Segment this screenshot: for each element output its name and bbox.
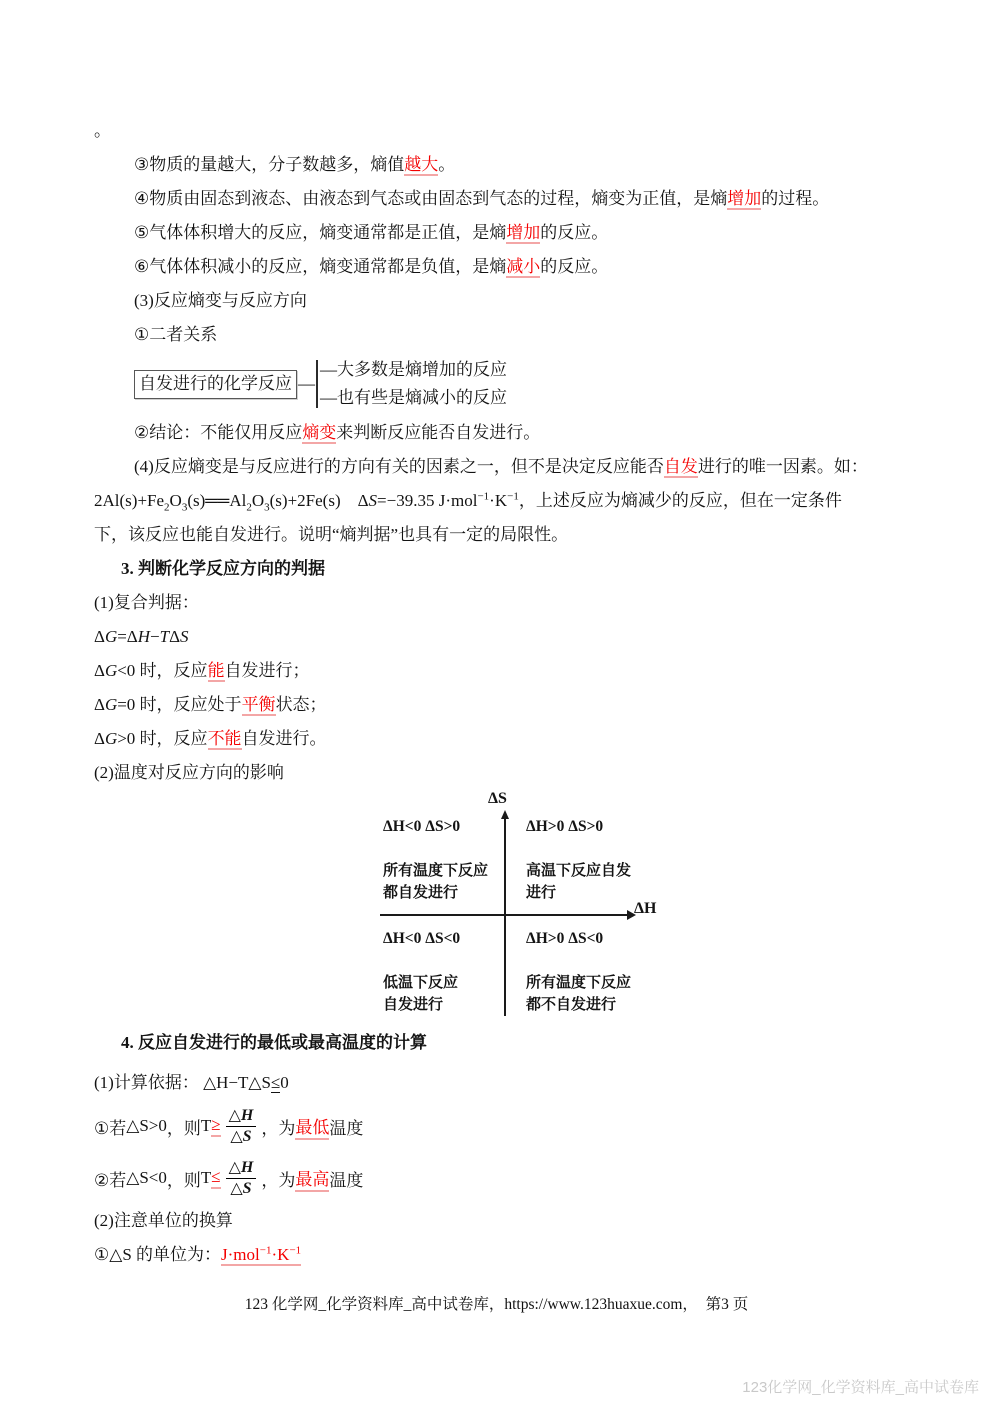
watermark: 123化学网_化学资料库_高中试卷库 [742,1376,979,1397]
fraction-dh-ds: △H△S [226,1158,257,1199]
thermite-equation: 2Al(s)+Fe2O3(s)══Al2O3(s)+2Fe(s) ΔS=−39.… [94,484,913,518]
subsection-3-label: (3)反应熵变与反应方向 [94,284,913,318]
bracket-branch: —大多数是熵增加的反应 [320,356,507,384]
document-page: 。③物质的量越大，分子数越多，熵值越大。④物质由固态到液态、由液态到气态或由固态… [0,0,993,1404]
unit-conversion-label: (2)注意单位的换算 [94,1204,913,1238]
bracket-line [316,360,318,408]
entropy-note-4: ④物质由固态到液态、由液态到气态或由固态到气态的过程，熵变为正值，是熵增加的过程… [94,182,913,216]
quadrant-conclusion-line: 所有温度下反应 [383,860,533,882]
dg-positive-rule: ΔG>0 时，反应不能自发进行。 [94,722,913,756]
entropy-note-5: ⑤气体体积增大的反应，熵变通常都是正值，是熵增加的反应。 [94,216,913,250]
fraction-denominator: △S [227,1127,254,1147]
spontaneous-reaction-bracket: 自发进行的化学反应——大多数是熵增加的反应—也有些是熵减小的反应 [134,352,913,416]
quadrant-tl: ΔH<0 ΔS>0所有温度下反应都自发进行 [383,818,533,904]
entropy-note-3: ③物质的量越大，分子数越多，熵值越大。 [94,148,913,182]
quadrant-conclusion-line: 都自发进行 [383,882,533,904]
bracket-branches: —大多数是熵增加的反应—也有些是熵减小的反应 [320,356,507,412]
fraction-numerator: △H [226,1106,257,1127]
section-3-heading: 3. 判断化学反应方向的判据 [94,552,913,586]
bracket-connector: — [298,374,315,394]
document-content: 。③物质的量越大，分子数越多，熵值越大。④物质由固态到液态、由液态到气态或由固态… [94,114,913,1272]
calc-basis: (1)计算依据： △H−T△S≤0 [94,1066,913,1100]
fraction-numerator: △H [226,1158,257,1179]
quadrant-tr: ΔH>0 ΔS>0高温下反应自发进行 [526,818,676,904]
y-axis-label: ΔS [488,790,507,808]
page-footer: 123 化学网_化学资料库_高中试卷库，https://www.123huaxu… [0,1292,993,1314]
composite-criterion-label: (1)复合判据： [94,586,913,620]
quadrant-br: ΔH>0 ΔS<0所有温度下反应都不自发进行 [526,930,676,1016]
x-axis-line [380,914,628,916]
bracket-branch: —也有些是熵减小的反应 [320,384,507,412]
temperature-effect-chart: ΔSΔHΔH<0 ΔS>0所有温度下反应都自发进行ΔH>0 ΔS>0高温下反应自… [370,790,730,1026]
section-4-heading: 4. 反应自发进行的最低或最高温度的计算 [94,1026,913,1060]
temperature-effect-label: (2)温度对反应方向的影响 [94,756,913,790]
quadrant-conclusion-line: 所有温度下反应 [526,972,676,994]
para-4-line-3: 下，该反应也能自发进行。说明“熵判据”也具有一定的局限性。 [94,518,913,552]
stray-period: 。 [94,114,913,148]
quadrant-condition: ΔH<0 ΔS>0 [383,818,533,836]
fraction-denominator: △S [227,1179,254,1199]
quadrant-conclusion-line: 都不自发进行 [526,994,676,1016]
quadrant-conclusion-line: 低温下反应 [383,972,533,994]
quadrant-condition: ΔH>0 ΔS>0 [526,818,676,836]
gibbs-equation: ΔG=ΔH−TΔS [94,620,913,654]
relation-item-2: ②结论：不能仅用反应熵变来判断反应能否自发进行。 [94,416,913,450]
max-temp-formula: ②若△S<0，则 T≤△H△S，为最高温度 [94,1152,913,1204]
para-4-line-1: (4)反应熵变是与反应进行的方向有关的因素之一，但不是决定反应能否自发进行的唯一… [94,450,913,484]
entropy-note-6: ⑥气体体积减小的反应，熵变通常都是负值，是熵减小的反应。 [94,250,913,284]
ds-unit-line: ①△S 的单位为：J·mol−1·K−1 [94,1238,913,1272]
quadrant-conclusion-line: 自发进行 [383,994,533,1016]
bracket-box: 自发进行的化学反应 [134,370,297,399]
quadrant-condition: ΔH>0 ΔS<0 [526,930,676,948]
quadrant-condition: ΔH<0 ΔS<0 [383,930,533,948]
dg-zero-rule: ΔG=0 时，反应处于平衡状态； [94,688,913,722]
fraction-dh-ds: △H△S [226,1106,257,1147]
quadrant-bl: ΔH<0 ΔS<0低温下反应自发进行 [383,930,533,1016]
min-temp-formula: ①若△S>0，则 T≥△H△S，为最低温度 [94,1100,913,1152]
quadrant-conclusion-line: 进行 [526,882,676,904]
quadrant-conclusion-line: 高温下反应自发 [526,860,676,882]
dg-negative-rule: ΔG<0 时，反应能自发进行； [94,654,913,688]
relation-item-1: ①二者关系 [94,318,913,352]
